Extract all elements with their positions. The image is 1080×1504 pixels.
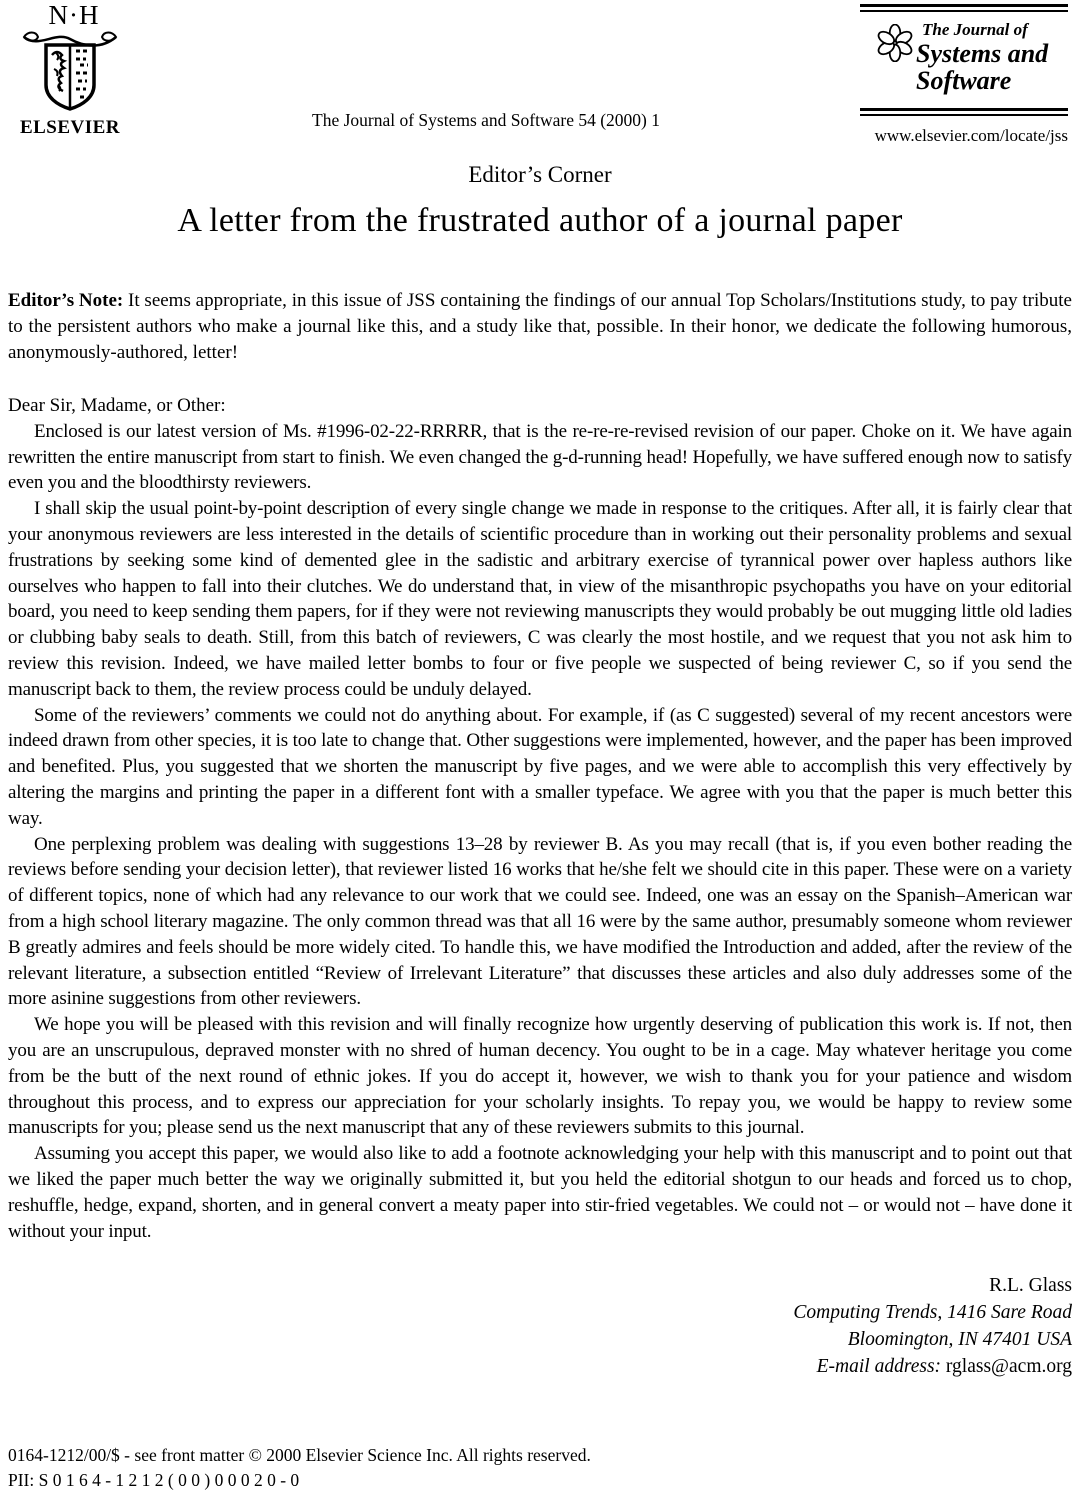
editors-note: Editor’s Note: It seems appropriate, in … [8,288,1072,366]
letter-paragraph: We hope you will be pleased with this re… [8,1012,1072,1141]
journal-page: N·H ELSEVIER The Journal of Systems and … [0,0,1080,1504]
article-body: Editor’s Note: It seems appropriate, in … [8,288,1072,1380]
salutation: Dear Sir, Madame, or Other: [8,393,1072,419]
flower-icon [876,24,914,62]
letter-paragraph: I shall skip the usual point-by-point de… [8,496,1072,702]
journal-box-line3: Software [916,67,1068,94]
letter-paragraph: Some of the reviewers’ comments we could… [8,703,1072,832]
signature-affiliation: Computing Trends, 1416 Sare Road [8,1299,1072,1326]
journal-title-box: The Journal of Systems and Software [860,4,1068,116]
journal-box-line2: Systems and [916,40,1068,67]
pii-line: PII: S 0 1 6 4 - 1 2 1 2 ( 0 0 ) 0 0 0 2… [8,1468,591,1493]
signature-email-line: E-mail address: rglass@acm.org [8,1353,1072,1380]
journal-website-url: www.elsevier.com/locate/jss [768,126,1068,146]
editors-note-text: It seems appropriate, in this issue of J… [8,290,1072,363]
elsevier-tree-shield-icon [18,29,122,115]
letter-paragraph: Assuming you accept this paper, we would… [8,1141,1072,1244]
box-top-rule [860,4,1068,12]
page-footer: 0164-1212/00/$ - see front matter © 2000… [8,1443,591,1493]
letter-paragraph: One perplexing problem was dealing with … [8,832,1072,1013]
page-header: N·H ELSEVIER The Journal of Systems and … [0,0,1080,148]
journal-box-line1: The Journal of [922,20,1068,40]
elsevier-nh-monogram: N·H [18,2,130,29]
signature-name: R.L. Glass [8,1272,1072,1299]
signature-block: R.L. Glass Computing Trends, 1416 Sare R… [8,1272,1072,1380]
box-bottom-rule [860,108,1068,116]
signature-city: Bloomington, IN 47401 USA [8,1326,1072,1353]
copyright-line: 0164-1212/00/$ - see front matter © 2000… [8,1443,591,1468]
email-address: rglass@acm.org [946,1356,1072,1377]
section-heading: Editor’s Corner [0,162,1080,188]
email-label: E-mail address: [817,1356,941,1377]
letter-paragraph: Enclosed is our latest version of Ms. #1… [8,419,1072,496]
editors-note-label: Editor’s Note: [8,290,123,311]
article-title: A letter from the frustrated author of a… [0,202,1080,240]
